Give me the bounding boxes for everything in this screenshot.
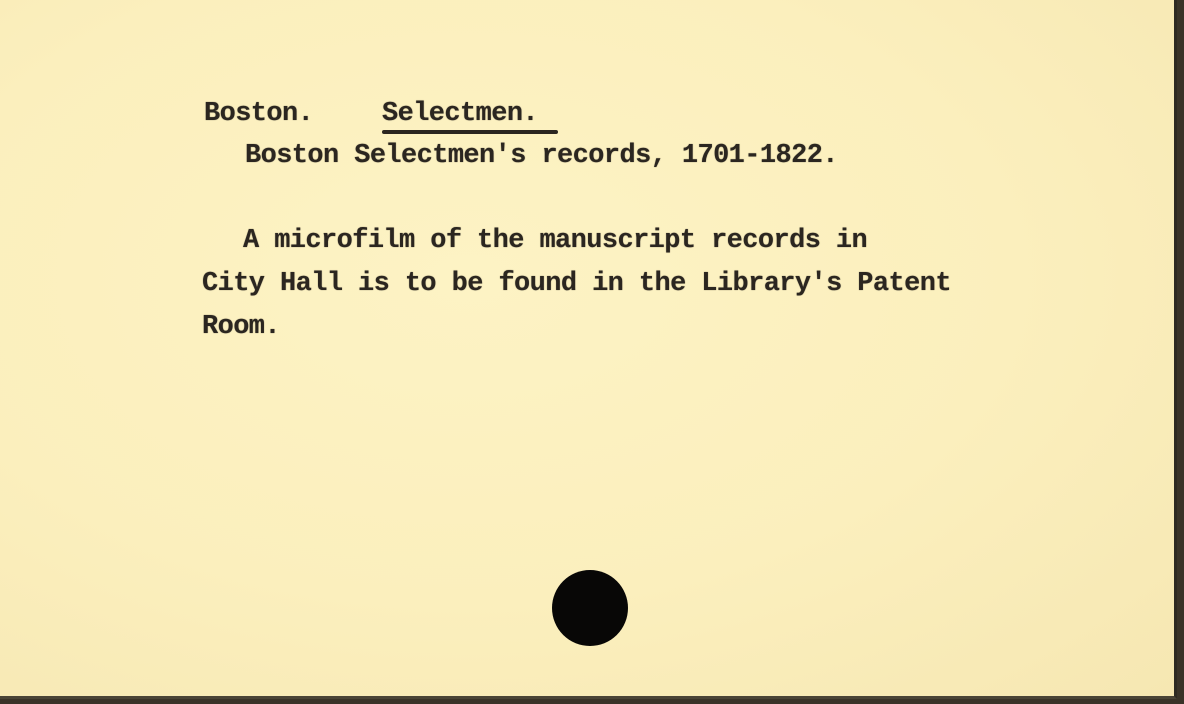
heading-subdivision: Selectmen. — [382, 101, 538, 128]
punch-hole — [552, 570, 628, 646]
heading-main-entry: Boston. — [204, 101, 313, 128]
note-line-1: A microfilm of the manuscript records in — [243, 228, 867, 255]
catalog-card: Boston. Selectmen. Boston Selectmen's re… — [0, 0, 1177, 699]
note-line-2: City Hall is to be found in the Library'… — [202, 271, 951, 298]
card-title: Boston Selectmen's records, 1701-1822. — [245, 143, 838, 170]
subdivision-underline — [382, 130, 558, 134]
note-line-3: Room. — [202, 314, 280, 341]
